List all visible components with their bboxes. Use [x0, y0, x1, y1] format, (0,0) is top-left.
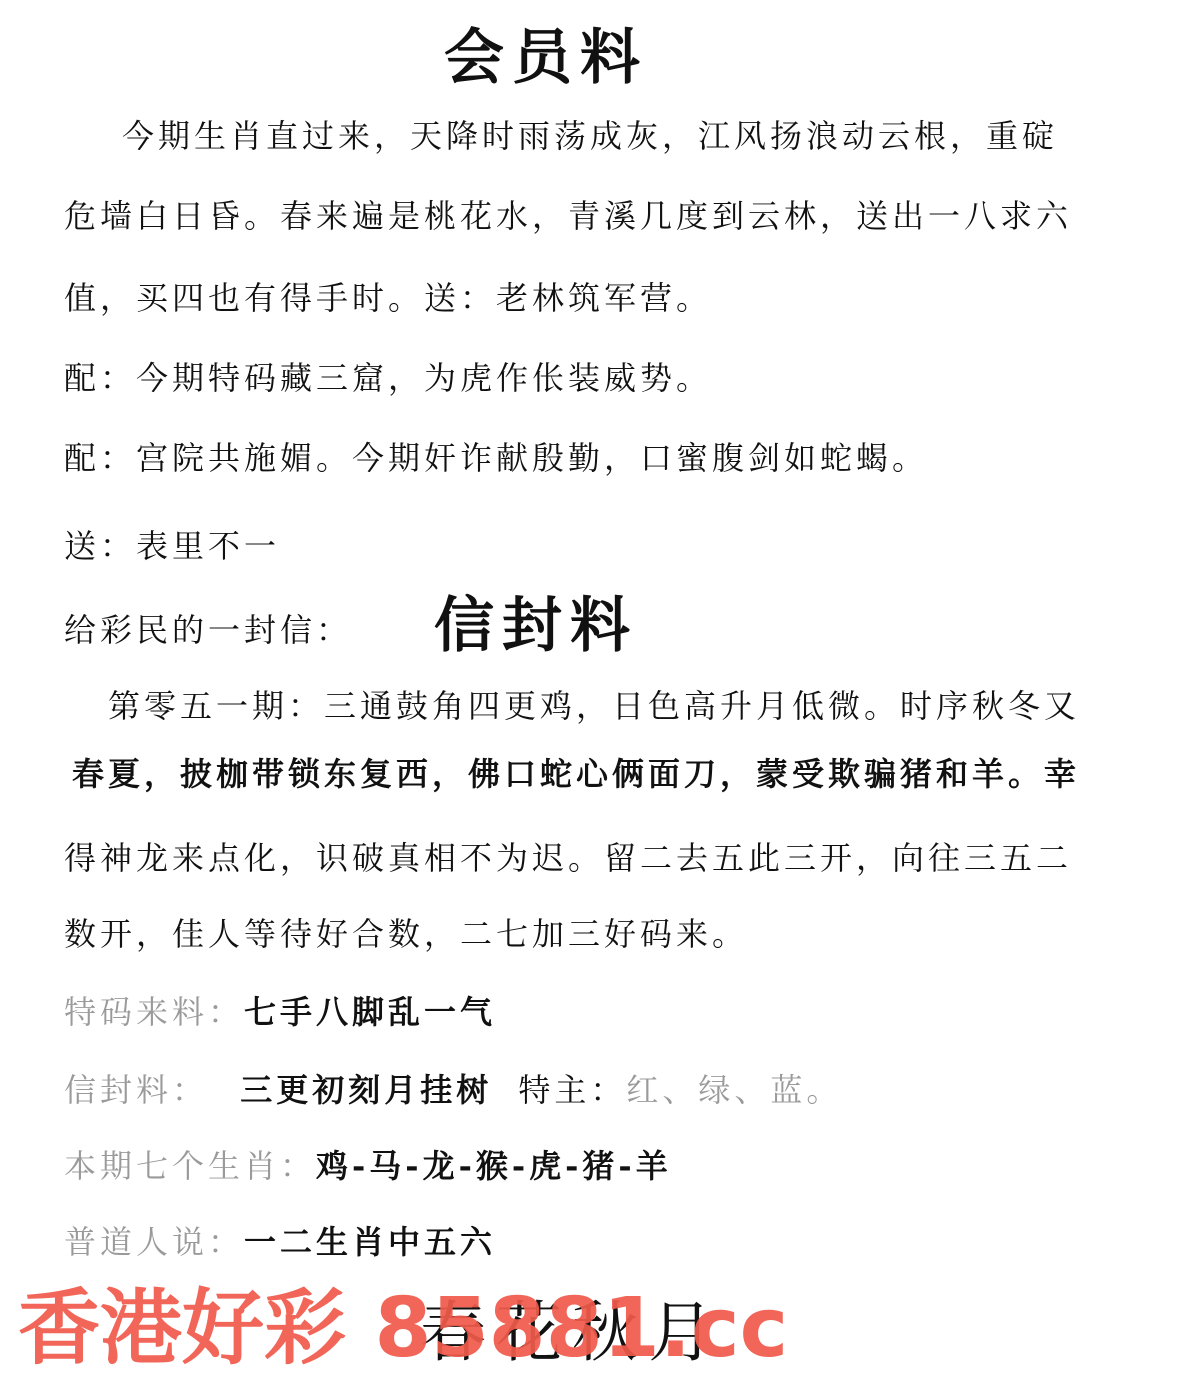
letter-section-title: 信封料 — [434, 596, 638, 656]
letter-intro-label: 给彩民的一封信： — [64, 614, 352, 646]
pei-line-1: 配：今期特码藏三窟，为虎作伥装威势。 — [64, 362, 712, 394]
song-label: 送： — [64, 527, 136, 565]
pei-text-2: 宫院共施媚。今期奸诈献殷勤，口蜜腹剑如蛇蝎。 — [136, 439, 928, 477]
letter-paragraph-line-4: 数开，佳人等待好合数，二七加三好码来。 — [64, 918, 748, 950]
song-line: 送：表里不一 — [64, 530, 280, 562]
envelope-label: 信封料： — [64, 1071, 208, 1109]
member-section-title: 会员料 — [444, 28, 648, 88]
pei-label-1: 配： — [64, 359, 136, 397]
special-code-label: 特码来料： — [64, 993, 244, 1031]
song-text: 表里不一 — [136, 527, 280, 565]
envelope-value: 三更初刻月挂树 — [240, 1071, 492, 1109]
color-label: 特主： — [518, 1071, 626, 1109]
site-watermark: 香港好彩 85881.cc — [18, 1288, 788, 1370]
seven-zodiacs-line: 本期七个生肖：鸡-马-龙-猴-虎-猪-羊 — [64, 1150, 672, 1182]
letter-paragraph-line-3: 得神龙来点化，识破真相不为迟。留二去五此三开，向往三五二 — [64, 842, 1072, 874]
document-page: 会员料 今期生肖直过来，天降时雨荡成灰，江风扬浪动云根，重碇 危墙白日昏。春来遍… — [0, 0, 1182, 1388]
taoist-says-line: 普道人说：一二生肖中五六 — [64, 1226, 496, 1258]
pei-line-2: 配：宫院共施媚。今期奸诈献殷勤，口蜜腹剑如蛇蝎。 — [64, 442, 928, 474]
member-paragraph-line-1: 今期生肖直过来，天降时雨荡成灰，江风扬浪动云根，重碇 — [122, 120, 1058, 152]
special-code-value: 七手八脚乱一气 — [244, 993, 496, 1031]
special-code-line: 特码来料：七手八脚乱一气 — [64, 996, 496, 1028]
member-paragraph-line-2: 危墙白日昏。春来遍是桃花水，青溪几度到云林，送出一八求六 — [64, 200, 1072, 232]
pei-label-2: 配： — [64, 439, 136, 477]
letter-paragraph-line-2: 春夏，披枷带锁东复西，佛口蛇心俩面刀，蒙受欺骗猪和羊。幸 — [72, 758, 1080, 790]
taoist-says-value: 一二生肖中五六 — [244, 1223, 496, 1261]
member-paragraph-line-3: 值，买四也有得手时。送：老林筑军营。 — [64, 282, 712, 314]
seven-zodiacs-value: 鸡-马-龙-猴-虎-猪-羊 — [316, 1147, 672, 1185]
pei-text-1: 今期特码藏三窟，为虎作伥装威势。 — [136, 359, 712, 397]
letter-paragraph-line-1: 第零五一期：三通鼓角四更鸡，日色高升月低微。时序秋冬又 — [108, 690, 1080, 722]
taoist-says-label: 普道人说： — [64, 1223, 244, 1261]
envelope-line: 信封料： 三更初刻月挂树 特主：红、绿、蓝。 — [64, 1074, 842, 1106]
seven-zodiacs-label: 本期七个生肖： — [64, 1147, 316, 1185]
color-value: 红、绿、蓝。 — [626, 1071, 842, 1109]
